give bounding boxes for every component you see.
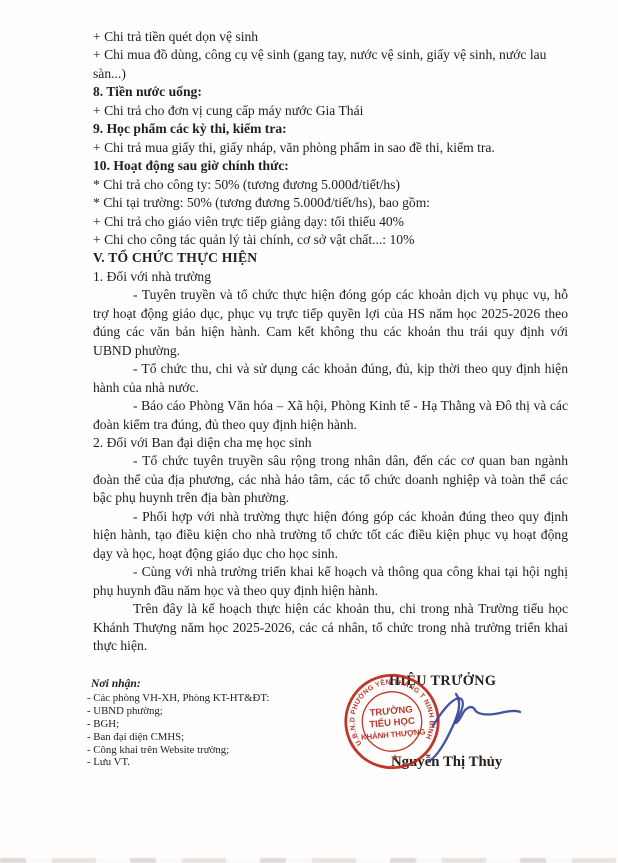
body-line-4: 9. Học phẩm các kỳ thi, kiểm tra: (93, 120, 568, 138)
recipients-block: Nơi nhận: - Các phòng VH-XH, Phòng KT-HT… (87, 678, 317, 769)
document-body: + Chi trả tiền quét dọn vệ sinh+ Chi mua… (93, 28, 568, 655)
body-line-14: - Tổ chức thu, chi và sử dụng các khoản … (93, 360, 568, 397)
body-line-0: + Chi trả tiền quét dọn vệ sinh (93, 28, 568, 46)
body-line-16: 2. Đối với Ban đại diện cha mẹ học sinh (93, 434, 568, 452)
body-line-7: * Chi trả cho công ty: 50% (tương đương … (93, 176, 568, 194)
body-line-18: - Phối hợp với nhà trường thực hiện đóng… (93, 508, 568, 563)
body-line-19: - Cùng với nhà trường triển khai kế hoạc… (93, 563, 568, 600)
scan-artifact-bottom-edge (0, 858, 618, 863)
recipient-item-3: - Ban đại diện CMHS; (87, 731, 317, 744)
recipients-list: - Các phòng VH-XH, Phòng KT-HT&ĐT:- UBND… (87, 692, 317, 769)
body-line-17: - Tổ chức tuyên truyền sâu rộng trong nh… (93, 452, 568, 507)
body-line-5: + Chi trả mua giấy thi, giấy nháp, văn p… (93, 139, 568, 157)
recipients-title: Nơi nhận: (91, 678, 317, 691)
body-line-12: 1. Đối với nhà trường (93, 268, 568, 286)
recipient-item-2: - BGH; (87, 718, 317, 731)
recipient-item-1: - UBND phường; (87, 705, 317, 718)
body-line-13: - Tuyên truyền và tổ chức thực hiện đóng… (93, 286, 568, 360)
body-line-15: - Báo cáo Phòng Văn hóa – Xã hội, Phòng … (93, 397, 568, 434)
body-line-9: + Chi trả cho giáo viên trực tiếp giảng … (93, 213, 568, 231)
recipient-item-4: - Công khai trên Website trường; (87, 744, 317, 757)
body-line-6: 10. Hoạt động sau giờ chính thức: (93, 157, 568, 175)
body-line-11: V. TỔ CHỨC THỰC HIỆN (93, 249, 568, 267)
scanned-document-page: + Chi trả tiền quét dọn vệ sinh+ Chi mua… (0, 0, 618, 863)
body-line-20: Trên đây là kế hoạch thực hiện các khoản… (93, 600, 568, 655)
body-line-3: + Chi trả cho đơn vị cung cấp máy nước G… (93, 102, 568, 120)
body-line-10: + Chi cho công tác quản lý tài chính, cơ… (93, 231, 568, 249)
recipient-item-0: - Các phòng VH-XH, Phòng KT-HT&ĐT: (87, 692, 317, 705)
body-line-8: * Chi tại trường: 50% (tương đương 5.000… (93, 194, 568, 212)
handwritten-signature (412, 686, 534, 768)
body-line-2: 8. Tiền nước uống: (93, 83, 568, 101)
body-line-1: + Chi mua đồ dùng, công cụ vệ sinh (gang… (93, 46, 568, 83)
stamp-star-icon: ★ (391, 753, 400, 763)
recipient-item-5: - Lưu VT. (87, 756, 317, 769)
